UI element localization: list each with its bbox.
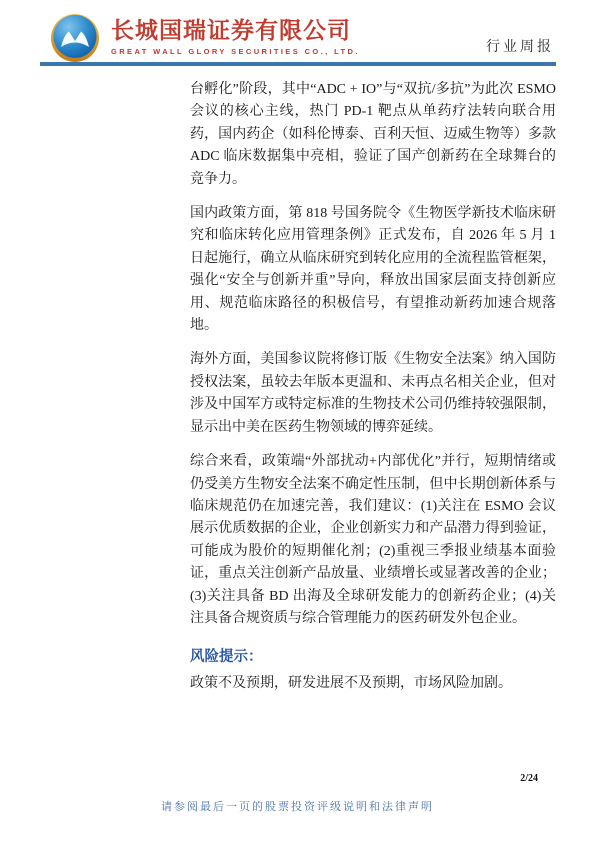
company-logo-icon (50, 13, 100, 63)
risk-paragraph: 政策不及预期，研发进展不及预期，市场风险加剧。 (190, 673, 556, 695)
report-body: 台孵化”阶段，其中“ADC + IO”与“双抗/多抗”为此次 ESMO 会议的核… (190, 79, 556, 708)
page-number: 2/24 (520, 773, 538, 784)
footer-disclaimer: 请参阅最后一页的股票投资评级说明和法律声明 (0, 798, 595, 814)
header-logo-row: 长城国瑞证券有限公司 GREAT WALL GLORY SECURITIES C… (40, 0, 556, 62)
report-page: 长城国瑞证券有限公司 GREAT WALL GLORY SECURITIES C… (0, 0, 595, 841)
report-type-label: 行业周报 (486, 36, 554, 56)
body-paragraph-4: 综合来看，政策端“外部扰动+内部优化”并行，短期情绪或仍受美方生物安全法案不确定… (190, 451, 556, 630)
company-name-cn: 长城国瑞证券有限公司 (111, 17, 360, 45)
company-name-block: 长城国瑞证券有限公司 GREAT WALL GLORY SECURITIES C… (111, 17, 360, 56)
body-paragraph-1: 台孵化”阶段，其中“ADC + IO”与“双抗/多抗”为此次 ESMO 会议的核… (190, 79, 556, 191)
body-paragraph-3: 海外方面，美国参议院将修订版《生物安全法案》纳入国防授权法案，虽较去年版本更温和… (190, 349, 556, 439)
risk-heading: 风险提示： (190, 645, 556, 666)
header-divider-line (40, 62, 556, 66)
report-header: 长城国瑞证券有限公司 GREAT WALL GLORY SECURITIES C… (40, 0, 556, 66)
body-paragraph-2: 国内政策方面，第 818 号国务院令《生物医学新技术临床研究和临床转化应用管理条… (190, 203, 556, 337)
company-name-en: GREAT WALL GLORY SECURITIES CO., LTD. (111, 47, 360, 56)
